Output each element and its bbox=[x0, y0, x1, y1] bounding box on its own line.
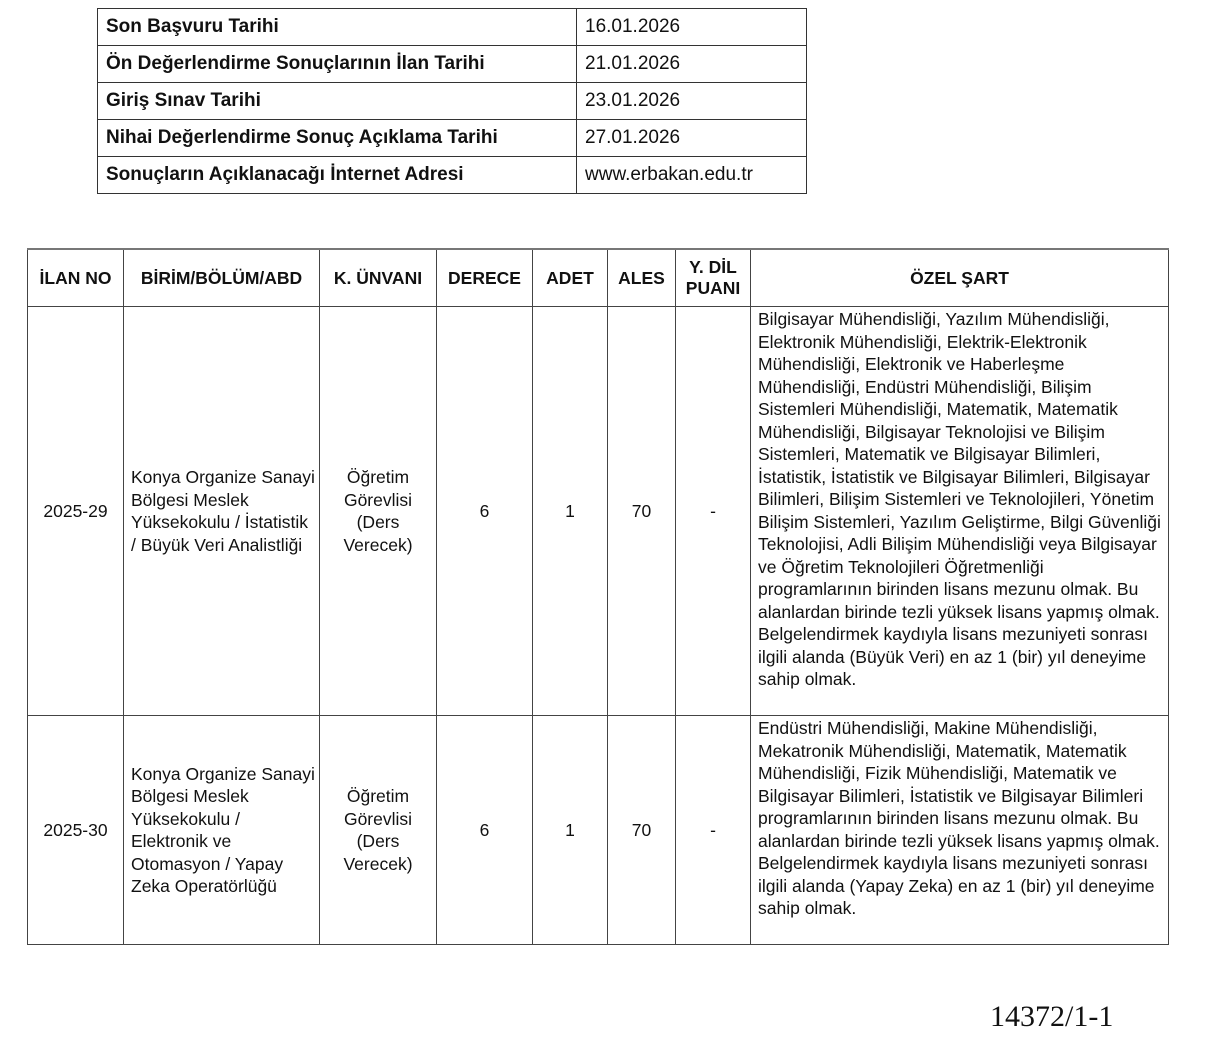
birim-cell: Konya Organize Sanayi Bölgesi Meslek Yük… bbox=[124, 716, 320, 945]
date-label: Ön Değerlendirme Sonuçlarının İlan Tarih… bbox=[98, 46, 577, 83]
header-dil: Y. DİL PUANI bbox=[676, 249, 751, 307]
date-value: 23.01.2026 bbox=[577, 83, 807, 120]
sart-cell: Bilgisayar Mühendisliği, Yazılım Mühendi… bbox=[751, 307, 1169, 716]
date-value: 16.01.2026 bbox=[577, 9, 807, 46]
birim-cell: Konya Organize Sanayi Bölgesi Meslek Yük… bbox=[124, 307, 320, 716]
date-label: Nihai Değerlendirme Sonuç Açıklama Tarih… bbox=[98, 120, 577, 157]
header-ilan-no: İLAN NO bbox=[28, 249, 124, 307]
header-adet: ADET bbox=[533, 249, 608, 307]
date-value: 27.01.2026 bbox=[577, 120, 807, 157]
date-label: Son Başvuru Tarihi bbox=[98, 9, 577, 46]
dates-row: Son Başvuru Tarihi 16.01.2026 bbox=[98, 9, 807, 46]
header-ales: ALES bbox=[608, 249, 676, 307]
date-label: Sonuçların Açıklanacağı İnternet Adresi bbox=[98, 157, 577, 194]
date-value: 21.01.2026 bbox=[577, 46, 807, 83]
dil-cell: - bbox=[676, 307, 751, 716]
header-derece: DERECE bbox=[437, 249, 533, 307]
table-row: 2025-30 Konya Organize Sanayi Bölgesi Me… bbox=[28, 716, 1169, 945]
ales-cell: 70 bbox=[608, 307, 676, 716]
ilan-no-cell: 2025-29 bbox=[28, 307, 124, 716]
header-row: İLAN NO BİRİM/BÖLÜM/ABD K. ÜNVANI DERECE… bbox=[28, 249, 1169, 307]
header-unvan: K. ÜNVANI bbox=[320, 249, 437, 307]
header-birim: BİRİM/BÖLÜM/ABD bbox=[124, 249, 320, 307]
dates-row: Giriş Sınav Tarihi 23.01.2026 bbox=[98, 83, 807, 120]
adet-cell: 1 bbox=[533, 716, 608, 945]
website-value: www.erbakan.edu.tr bbox=[577, 157, 807, 194]
dates-table: Son Başvuru Tarihi 16.01.2026 Ön Değerle… bbox=[97, 8, 807, 194]
derece-cell: 6 bbox=[437, 307, 533, 716]
derece-cell: 6 bbox=[437, 716, 533, 945]
ales-cell: 70 bbox=[608, 716, 676, 945]
date-label: Giriş Sınav Tarihi bbox=[98, 83, 577, 120]
sart-cell: Endüstri Mühendisliği, Makine Mühendisli… bbox=[751, 716, 1169, 945]
dates-row: Ön Değerlendirme Sonuçlarının İlan Tarih… bbox=[98, 46, 807, 83]
unvan-cell: Öğretim Görevlisi (Ders Verecek) bbox=[320, 716, 437, 945]
positions-table: İLAN NO BİRİM/BÖLÜM/ABD K. ÜNVANI DERECE… bbox=[27, 248, 1169, 945]
dates-row: Sonuçların Açıklanacağı İnternet Adresi … bbox=[98, 157, 807, 194]
dates-row: Nihai Değerlendirme Sonuç Açıklama Tarih… bbox=[98, 120, 807, 157]
ilan-no-cell: 2025-30 bbox=[28, 716, 124, 945]
adet-cell: 1 bbox=[533, 307, 608, 716]
document-code: 14372/1-1 bbox=[990, 1000, 1113, 1034]
dil-cell: - bbox=[676, 716, 751, 945]
header-sart: ÖZEL ŞART bbox=[751, 249, 1169, 307]
table-row: 2025-29 Konya Organize Sanayi Bölgesi Me… bbox=[28, 307, 1169, 716]
unvan-cell: Öğretim Görevlisi (Ders Verecek) bbox=[320, 307, 437, 716]
